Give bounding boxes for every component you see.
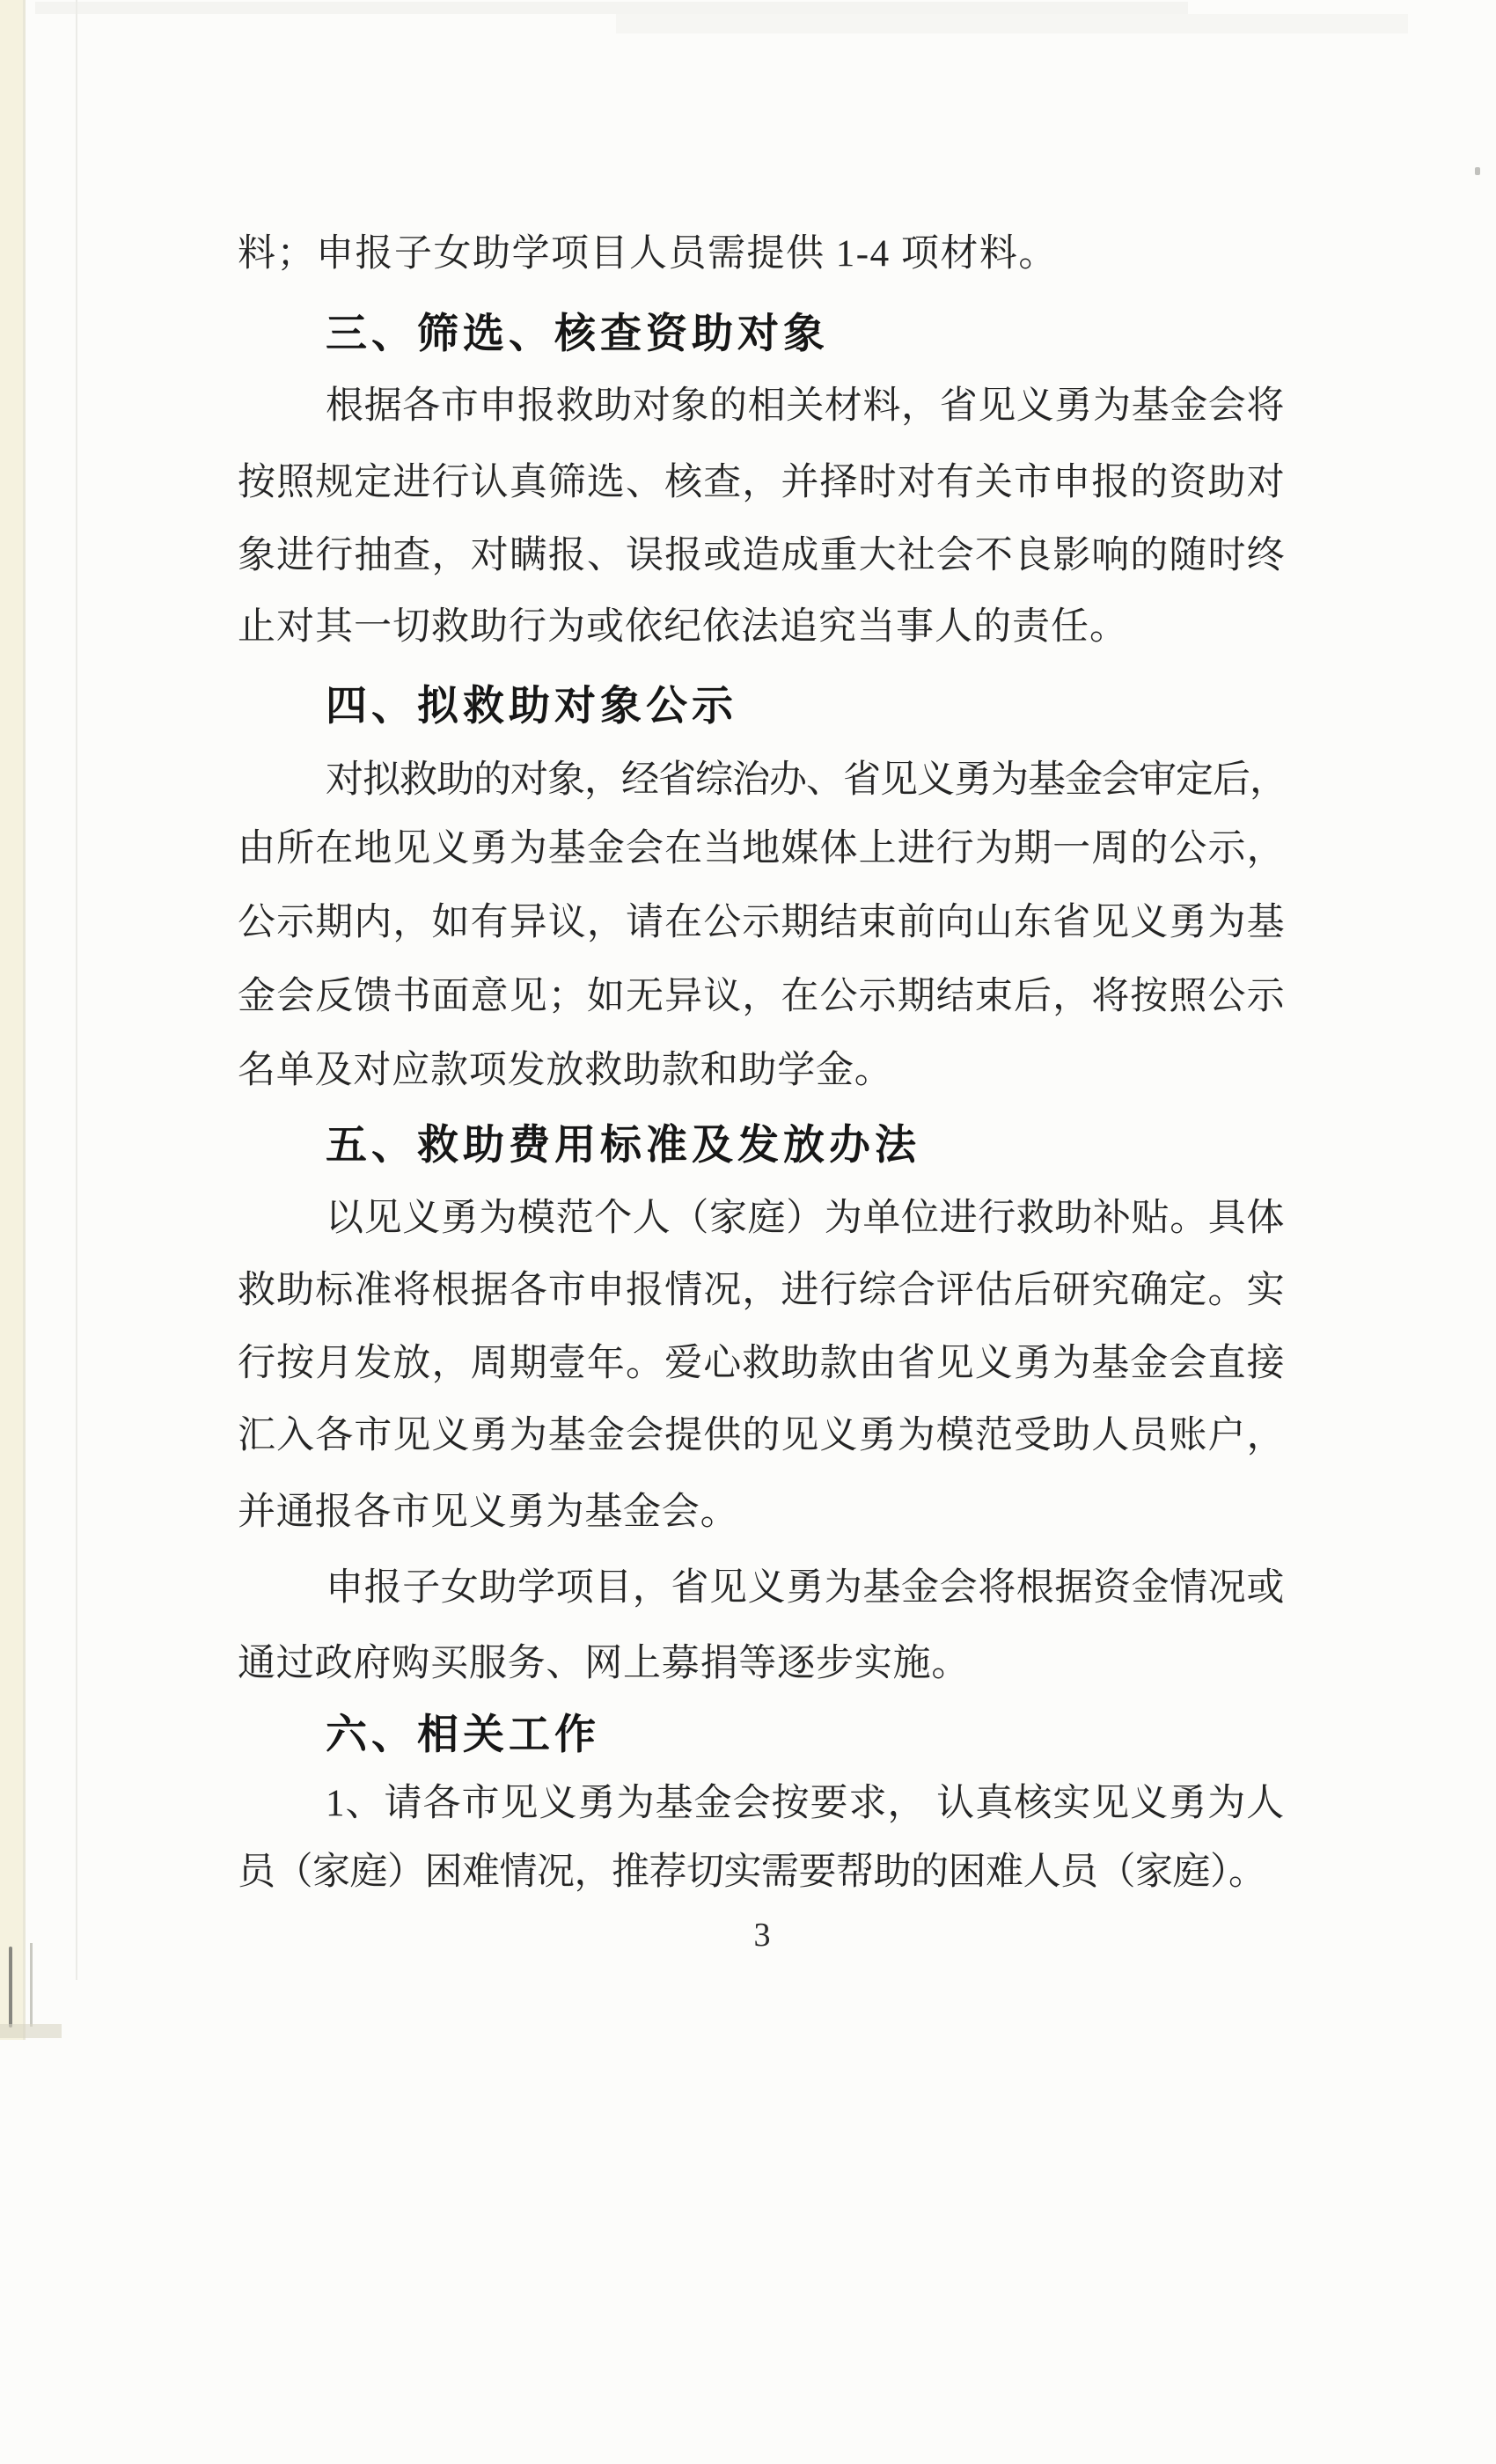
scan-artifact-vline bbox=[76, 0, 77, 1980]
doc-line: 救助标准将根据各市申报情况，进行综合评估后研究确定。实 bbox=[238, 1267, 1287, 1315]
scan-artifact-strip-end bbox=[0, 2024, 62, 2038]
scan-artifact-dot bbox=[1475, 167, 1480, 175]
section-heading-5: 五、救助费用标准及发放办法 bbox=[238, 1121, 1375, 1169]
section-heading-3: 三、筛选、核查资助对象 bbox=[238, 310, 1375, 357]
doc-line: 金会反馈书面意见；如无异议，在公示期结束后，将按照公示 bbox=[238, 973, 1287, 1021]
doc-line: 1、请各市见义勇为基金会按要求， 认真核实见义勇为人 bbox=[238, 1780, 1375, 1828]
doc-line: 止对其一切救助行为或依纪依法追究当事人的责任。 bbox=[238, 604, 1287, 651]
doc-line: 象进行抽查，对瞒报、误报或造成重大社会不良影响的随时终 bbox=[238, 532, 1287, 580]
scan-artifact-gray-mark bbox=[30, 1943, 33, 2027]
scan-edge-line bbox=[23, 0, 26, 2040]
doc-line: 公示期内，如有异议，请在公示期结束前向山东省见义勇为基 bbox=[238, 899, 1287, 947]
scan-edge-strip bbox=[0, 0, 23, 2040]
doc-line: 汇入各市见义勇为基金会提供的见义勇为模范受助人员账户， bbox=[238, 1412, 1287, 1460]
doc-line: 员（家庭）困难情况，推荐切实需要帮助的困难人员（家庭）。 bbox=[238, 1849, 1287, 1896]
scan-artifact-top-smudge bbox=[35, 2, 1188, 14]
doc-line: 通过政府购买服务、网上募捐等逐步实施。 bbox=[238, 1640, 1287, 1688]
doc-line: 行按月发放，周期壹年。爱心救助款由省见义勇为基金会直接 bbox=[238, 1340, 1287, 1388]
doc-line: 名单及对应款项发放救助款和助学金。 bbox=[238, 1047, 1287, 1095]
doc-line: 以见义勇为模范个人（家庭）为单位进行救助补贴。具体 bbox=[238, 1195, 1375, 1243]
section-heading-6: 六、相关工作 bbox=[238, 1711, 1375, 1758]
doc-line: 并通报各市见义勇为基金会。 bbox=[238, 1489, 1287, 1536]
doc-line: 对拟救助的对象，经省综治办、省见义勇为基金会审定后， bbox=[238, 757, 1375, 804]
page-number: 3 bbox=[238, 1911, 1287, 1959]
scan-artifact-top-smudge bbox=[616, 14, 1408, 33]
scan-artifact-dark-mark bbox=[9, 1947, 12, 2028]
doc-line: 根据各市申报救助对象的相关材料，省见义勇为基金会将 bbox=[238, 383, 1375, 430]
doc-line: 料；申报子女助学项目人员需提供 1-4 项材料。 bbox=[238, 231, 1287, 278]
scanned-page: 料；申报子女助学项目人员需提供 1-4 项材料。 三、筛选、核查资助对象 根据各… bbox=[0, 0, 1496, 2464]
doc-line: 由所在地见义勇为基金会在当地媒体上进行为期一周的公示， bbox=[238, 825, 1287, 873]
doc-line: 申报子女助学项目，省见义勇为基金会将根据资金情况或 bbox=[238, 1565, 1375, 1612]
section-heading-4: 四、拟救助对象公示 bbox=[238, 682, 1375, 730]
doc-line: 按照规定进行认真筛选、核查，并择时对有关市申报的资助对 bbox=[238, 459, 1287, 507]
